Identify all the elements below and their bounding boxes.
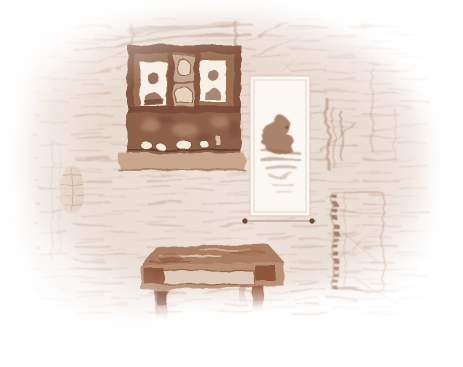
bottom-fade bbox=[0, 295, 463, 367]
faded-room-photograph bbox=[0, 0, 463, 367]
scene-canvas bbox=[0, 0, 463, 367]
